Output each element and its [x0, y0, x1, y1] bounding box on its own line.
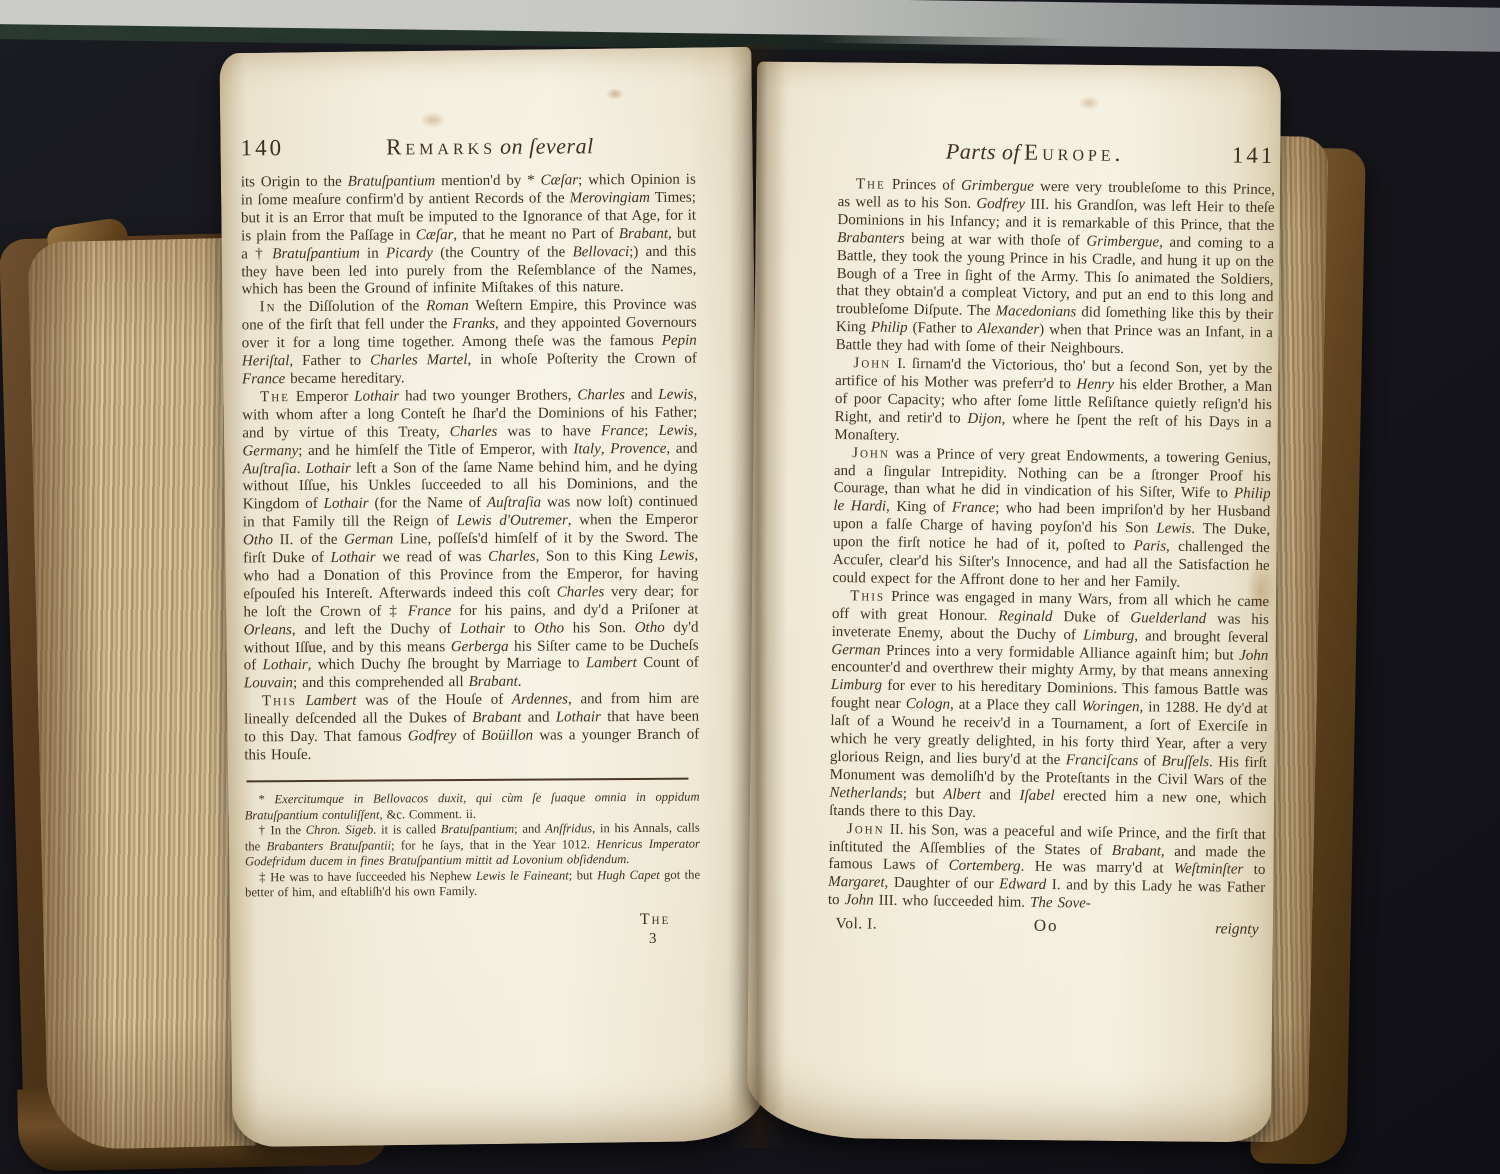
- text-segment: This: [262, 693, 297, 709]
- text-segment: German: [344, 532, 393, 548]
- text-segment: Lewis le Faineant: [476, 868, 569, 883]
- text-segment: in: [360, 245, 386, 261]
- text-segment: to: [505, 620, 534, 636]
- text-segment: Count of: [637, 655, 699, 671]
- text-segment: Lewis: [658, 387, 693, 403]
- text-segment: Godfrey: [976, 196, 1025, 213]
- text-segment: , and: [666, 440, 697, 456]
- text-segment: France: [408, 603, 451, 619]
- text-segment: Charles: [577, 387, 625, 403]
- catchword-left: The: [245, 911, 700, 932]
- text-segment: † In the: [259, 823, 306, 837]
- text-segment: to: [1243, 862, 1265, 878]
- text-segment: III. who ſucceeded him.: [874, 893, 1031, 911]
- text-segment: Dijon: [967, 411, 1001, 427]
- text-segment: John: [844, 892, 873, 908]
- text-segment: Iſabel: [1019, 787, 1054, 803]
- page-140-footnotes: * Exercitumque in Bellovacos duxit, qui …: [245, 790, 701, 902]
- text-segment: This: [850, 588, 885, 604]
- text-segment: Lothair: [460, 620, 505, 636]
- text-segment: Margaret: [828, 874, 885, 891]
- text-segment: ; and he himſelf the Title of Emperor, w…: [298, 441, 573, 459]
- text-segment: John: [1239, 647, 1268, 663]
- text-segment: Philip: [871, 320, 908, 337]
- text-segment: Lothair: [331, 550, 376, 566]
- catchword-right: reignty: [1215, 920, 1265, 939]
- text-segment: Chron. Sigeb.: [306, 823, 377, 837]
- text-segment: , Daughter of our: [884, 875, 999, 893]
- running-title-caps: Remarks: [386, 134, 496, 160]
- page-number-141: 141: [1232, 142, 1276, 169]
- running-title-italic: on ſeveral: [500, 133, 594, 159]
- text-segment: Hugh Capet: [597, 868, 660, 882]
- page-141-body: The Princes of Grimbergue were very trou…: [828, 176, 1275, 916]
- text-segment: Brabant: [472, 710, 521, 726]
- paragraph: John was a Prince of very great Endowmen…: [832, 445, 1271, 594]
- text-segment: Cæſar: [416, 227, 454, 243]
- text-segment: II. of the: [273, 532, 344, 548]
- text-segment: Lambert: [306, 693, 357, 709]
- text-segment: Henry: [1076, 376, 1114, 393]
- text-segment: (Father to: [907, 320, 977, 337]
- text-segment: Edward: [999, 877, 1046, 894]
- text-segment: Lothair: [324, 496, 369, 512]
- paragraph: In the Diſſolution of the Roman Weſtern …: [242, 297, 698, 389]
- text-segment: Cortemberg: [949, 858, 1021, 875]
- paragraph: The Emperor Lothair had two younger Brot…: [242, 386, 699, 693]
- text-segment: Lothair: [306, 460, 351, 476]
- text-segment: , King of: [886, 499, 952, 516]
- text-segment: ,: [601, 441, 611, 457]
- text-segment: was a Prince of very great Endowments, a…: [834, 445, 1272, 502]
- text-segment: Limburg: [1083, 627, 1134, 644]
- paragraph: This Prince was engaged in many Wars, fr…: [829, 588, 1269, 827]
- text-segment: Provence: [610, 440, 666, 456]
- footnote: ‡ He was to have ſucceeded his Nephew Le…: [245, 867, 700, 901]
- text-segment: Auſtraſia: [487, 495, 541, 511]
- text-segment: Bruſſels: [1161, 754, 1209, 771]
- text-segment: Brabant: [619, 226, 668, 242]
- text-segment: , Son to this King: [536, 548, 660, 565]
- text-segment: , that he meant no Part of: [453, 226, 619, 243]
- text-segment: , and brought ſeveral: [1134, 628, 1269, 646]
- footnote-rule: [246, 778, 688, 783]
- gathering-signature: 3: [245, 931, 700, 951]
- running-title-caps: Europe.: [1024, 140, 1125, 166]
- text-segment: Charles: [450, 424, 498, 440]
- text-segment: ; and: [514, 822, 545, 836]
- text-segment: [297, 693, 306, 709]
- text-segment: , at a Place they call: [950, 697, 1082, 715]
- text-segment: , &c. Comment. ii.: [379, 806, 476, 821]
- text-segment: Orleans: [243, 622, 291, 638]
- text-segment: The: [856, 176, 886, 192]
- text-segment: (the Country of the: [433, 244, 573, 261]
- page-edges-left: [28, 238, 257, 1150]
- text-segment: Bratuſpantium: [272, 245, 360, 262]
- text-segment: Brabant: [469, 674, 518, 690]
- text-segment: Brabant: [1112, 842, 1161, 859]
- text-segment: Macedonians: [995, 304, 1076, 321]
- text-segment: Grimbergue: [1086, 233, 1159, 250]
- text-segment: Louvain: [244, 675, 293, 691]
- text-segment: its Origin to the: [241, 174, 348, 191]
- text-segment: Godfrey: [408, 728, 457, 744]
- text-segment: .: [297, 461, 306, 477]
- page-140-content: 140 Remarks on ſeveral its Origin to the…: [241, 133, 701, 951]
- text-segment: Albert: [943, 786, 981, 803]
- text-segment: for his pains, and dy'd a Priſoner at: [451, 601, 698, 619]
- text-segment: The: [260, 389, 290, 405]
- text-segment: , which Duchy ſhe brought by Marriage to: [308, 656, 586, 674]
- text-segment: was to have: [497, 423, 601, 440]
- text-segment: Limburg: [831, 677, 882, 694]
- page-141-content: Parts of Europe. 141 The Princes of Grim…: [827, 137, 1275, 939]
- text-segment: ,: [694, 422, 698, 438]
- text-segment: Bellovaci: [572, 244, 629, 260]
- text-segment: Otho: [243, 532, 273, 548]
- text-segment: ; for he ſays, that in the Year 1012.: [391, 837, 596, 852]
- text-segment: ;: [644, 423, 658, 439]
- text-segment: John: [852, 445, 890, 462]
- catchword-text: The: [640, 911, 671, 928]
- text-segment: had two younger Brothers,: [399, 387, 577, 404]
- running-title-italic: Parts of: [946, 138, 1021, 164]
- paragraph: its Origin to the Bratuſpantium mention'…: [241, 172, 697, 300]
- text-segment: ; but: [569, 868, 598, 882]
- text-segment: Weſtminſter: [1174, 861, 1244, 878]
- text-segment: Cæſar: [541, 172, 579, 188]
- text-segment: Paris: [1133, 538, 1166, 554]
- text-segment: mention'd by *: [435, 173, 541, 190]
- text-segment: Lewis d'Outremer: [457, 513, 568, 530]
- text-segment: became hereditary.: [285, 370, 404, 387]
- text-segment: Brabanters Bratuſpantii: [267, 838, 392, 853]
- running-title-left: Remarks on ſeveral: [284, 133, 696, 162]
- text-segment: Princes of: [886, 177, 962, 194]
- text-segment: (for the Name of: [369, 495, 487, 512]
- text-segment: Otho: [635, 619, 665, 635]
- text-segment: ; and this comprehended all: [293, 674, 469, 691]
- text-segment: Emperor: [290, 389, 354, 405]
- text-segment: Cologn: [906, 696, 950, 713]
- text-segment: of: [1138, 753, 1162, 769]
- text-segment: Lewis: [658, 422, 693, 438]
- text-segment: .: [518, 674, 522, 690]
- text-segment: , Father to: [289, 353, 370, 369]
- running-title-right: Parts of Europe.: [838, 137, 1232, 168]
- text-segment: Picardy: [386, 245, 433, 261]
- paragraph: This Lambert was of the Houſe of Ardenne…: [244, 691, 699, 765]
- text-segment: the Diſſolution of the: [276, 299, 426, 316]
- text-segment: Duke of: [1052, 609, 1130, 626]
- text-segment: , in whoſe Poſterity the Crown of: [467, 351, 697, 368]
- volume-label: Vol. I.: [835, 915, 877, 934]
- text-segment: ; but: [903, 786, 944, 803]
- footnote: * Exercitumque in Bellovacos duxit, qui …: [245, 790, 700, 824]
- text-segment: Guelderland: [1130, 610, 1206, 627]
- text-segment: was of the Houſe of: [356, 692, 512, 709]
- text-segment: German: [831, 642, 880, 659]
- text-segment: Anſfridus: [545, 821, 592, 835]
- footnote: † In the Chron. Sigeb. it is called Brat…: [245, 821, 700, 871]
- running-header-right: Parts of Europe. 141: [838, 137, 1275, 169]
- text-segment: we read of was: [376, 549, 489, 566]
- page-number-140: 140: [241, 135, 285, 161]
- text-segment: . He was marry'd at: [1021, 859, 1174, 877]
- text-segment: John: [853, 355, 891, 372]
- text-segment: Lambert: [586, 655, 637, 671]
- text-segment: of: [456, 728, 481, 744]
- text-segment: Lewis: [659, 548, 694, 564]
- text-segment: Bratuſpantium: [441, 822, 515, 836]
- paragraph: The Princes of Grimbergue were very trou…: [836, 176, 1275, 361]
- text-segment: Gerberga: [451, 638, 509, 654]
- text-segment: Lothair: [354, 388, 399, 404]
- page-140-body: its Origin to the Bratuſpantium mention'…: [241, 172, 700, 766]
- text-segment: Germany: [242, 443, 298, 459]
- book-photograph: 140 Remarks on ſeveral its Origin to the…: [0, 0, 1500, 1174]
- text-segment: Alexander: [977, 321, 1039, 338]
- text-segment: Reginald: [998, 608, 1052, 625]
- text-segment: Auſtraſia: [243, 461, 297, 477]
- text-segment: *: [259, 792, 275, 806]
- text-segment: , when the Emperor: [568, 512, 698, 529]
- text-segment: and: [981, 787, 1020, 804]
- text-segment: Charles Martel: [370, 352, 467, 369]
- text-segment: and: [625, 387, 659, 403]
- text-segment: Lothair: [263, 657, 308, 673]
- text-segment: ‡ He was to have ſucceeded his Nephew: [259, 869, 476, 884]
- text-segment: being at war with thoſe of: [905, 231, 1087, 250]
- text-segment: France: [601, 423, 644, 439]
- text-segment: Woringen: [1082, 699, 1140, 716]
- text-segment: John: [847, 821, 885, 838]
- text-segment: Brabanters: [837, 230, 905, 247]
- text-segment: , and left the Duchy of: [292, 621, 460, 638]
- text-segment: Franks: [452, 316, 495, 332]
- text-segment: France: [952, 500, 996, 517]
- text-segment: Merovingiam: [570, 190, 650, 206]
- text-segment: Lewis: [1156, 521, 1191, 537]
- text-segment: Roman: [426, 298, 469, 314]
- text-segment: Lothair: [556, 709, 601, 725]
- text-segment: his Son.: [564, 620, 635, 636]
- text-segment: Ardennes: [512, 692, 568, 708]
- text-segment: Boüillon: [481, 728, 533, 744]
- text-segment: Charles: [557, 584, 605, 600]
- text-segment: France: [242, 371, 285, 387]
- paragraph: John I. ſirnam'd the Victorious, tho' bu…: [834, 355, 1272, 451]
- text-segment: Grimbergue: [961, 178, 1034, 195]
- text-segment: In: [260, 300, 277, 316]
- paragraph: John II. his Son, was a peaceful and wiſ…: [828, 821, 1266, 917]
- text-segment: it is called: [376, 822, 440, 836]
- text-segment: Franciſcans: [1066, 752, 1139, 769]
- text-segment: Charles: [488, 549, 536, 565]
- text-segment: and: [521, 710, 556, 726]
- text-segment: Italy: [573, 441, 601, 457]
- text-segment: Bratuſpantium: [348, 173, 436, 190]
- running-header-left: 140 Remarks on ſeveral: [241, 133, 696, 162]
- text-segment: The Sove-: [1030, 895, 1091, 912]
- text-segment: Netherlands: [829, 785, 903, 802]
- book-gutter-shadow: [728, 44, 786, 1148]
- text-segment: Otho: [534, 620, 564, 636]
